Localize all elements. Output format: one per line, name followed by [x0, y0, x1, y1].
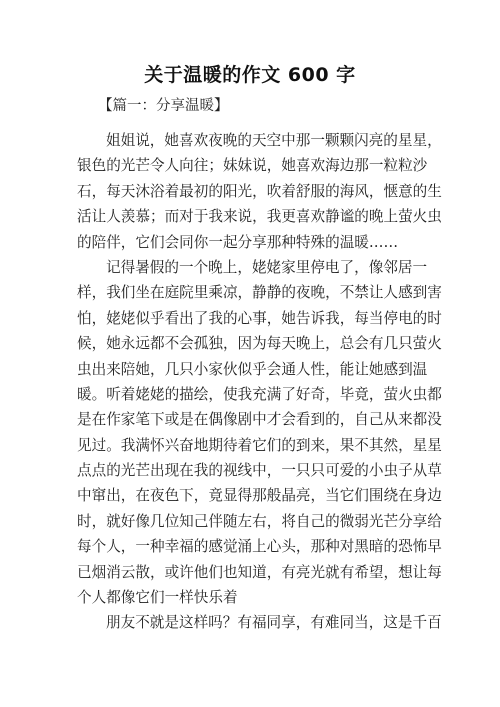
document-body: 姐姐说，她喜欢夜晚的天空中那一颗颗闪亮的星星， 银色的光芒令人向往；妹妹说，她喜… [77, 128, 423, 636]
text-line: 姐姐说，她喜欢夜晚的天空中那一颗颗闪亮的星星， [77, 128, 423, 153]
text-line: 的陪伴，它们会同你一起分享那种特殊的温暖…… [77, 230, 423, 255]
text-line: 个人都像它们一样快乐着 [77, 585, 423, 610]
text-line: 点点的光芒出现在我的视线中，一只只可爱的小虫子从草 [77, 458, 423, 483]
document-page: 关于温暖的作文 600 字 【篇一：分享温暖】 姐姐说，她喜欢夜晚的天空中那一颗… [0, 0, 500, 707]
text-line: 时，就好像几位知己伴随左右，将自己的微弱光芒分享给 [77, 509, 423, 534]
text-line: 石，每天沐浴着最初的阳光，吹着舒服的海风，惬意的生 [77, 179, 423, 204]
text-line: 每个人，一种幸福的感觉涌上心头，那种对黑暗的恐怖早 [77, 534, 423, 559]
section-heading: 【篇一：分享温暖】 [98, 94, 229, 115]
text-line: 活让人羡慕；而对于我来说，我更喜欢静谧的晚上萤火虫 [77, 204, 423, 229]
text-line: 是在作家笔下或是在偶像剧中才会看到的，自己从来都没 [77, 407, 423, 432]
text-line: 见过。我满怀兴奋地期待着它们的到来，果不其然，星星 [77, 433, 423, 458]
text-line: 样，我们坐在庭院里乘凉，静静的夜晚，不禁让人感到害 [77, 280, 423, 305]
document-title: 关于温暖的作文 600 字 [0, 60, 500, 87]
text-line: 虫出来陪她，几只小家伙似乎会通人性，能让她感到温 [77, 357, 423, 382]
text-line: 暖。听着姥姥的描绘，使我充满了好奇，毕竟，萤火虫都 [77, 382, 423, 407]
text-line: 怕，姥姥似乎看出了我的心事，她告诉我，每当停电的时 [77, 306, 423, 331]
text-line: 候，她永远都不会孤独，因为每天晚上，总会有几只萤火 [77, 331, 423, 356]
text-line: 已烟消云散，或许他们也知道，有亮光就有希望，想让每 [77, 560, 423, 585]
text-line: 记得暑假的一个晚上，姥姥家里停电了，像邻居一 [77, 255, 423, 280]
text-line: 银色的光芒令人向往；妹妹说，她喜欢海边那一粒粒沙 [77, 153, 423, 178]
text-line: 中窜出，在夜色下，竟显得那般晶亮，当它们围绕在身边 [77, 483, 423, 508]
text-line: 朋友不就是这样吗？有福同享，有难同当，这是千百 [77, 610, 423, 635]
